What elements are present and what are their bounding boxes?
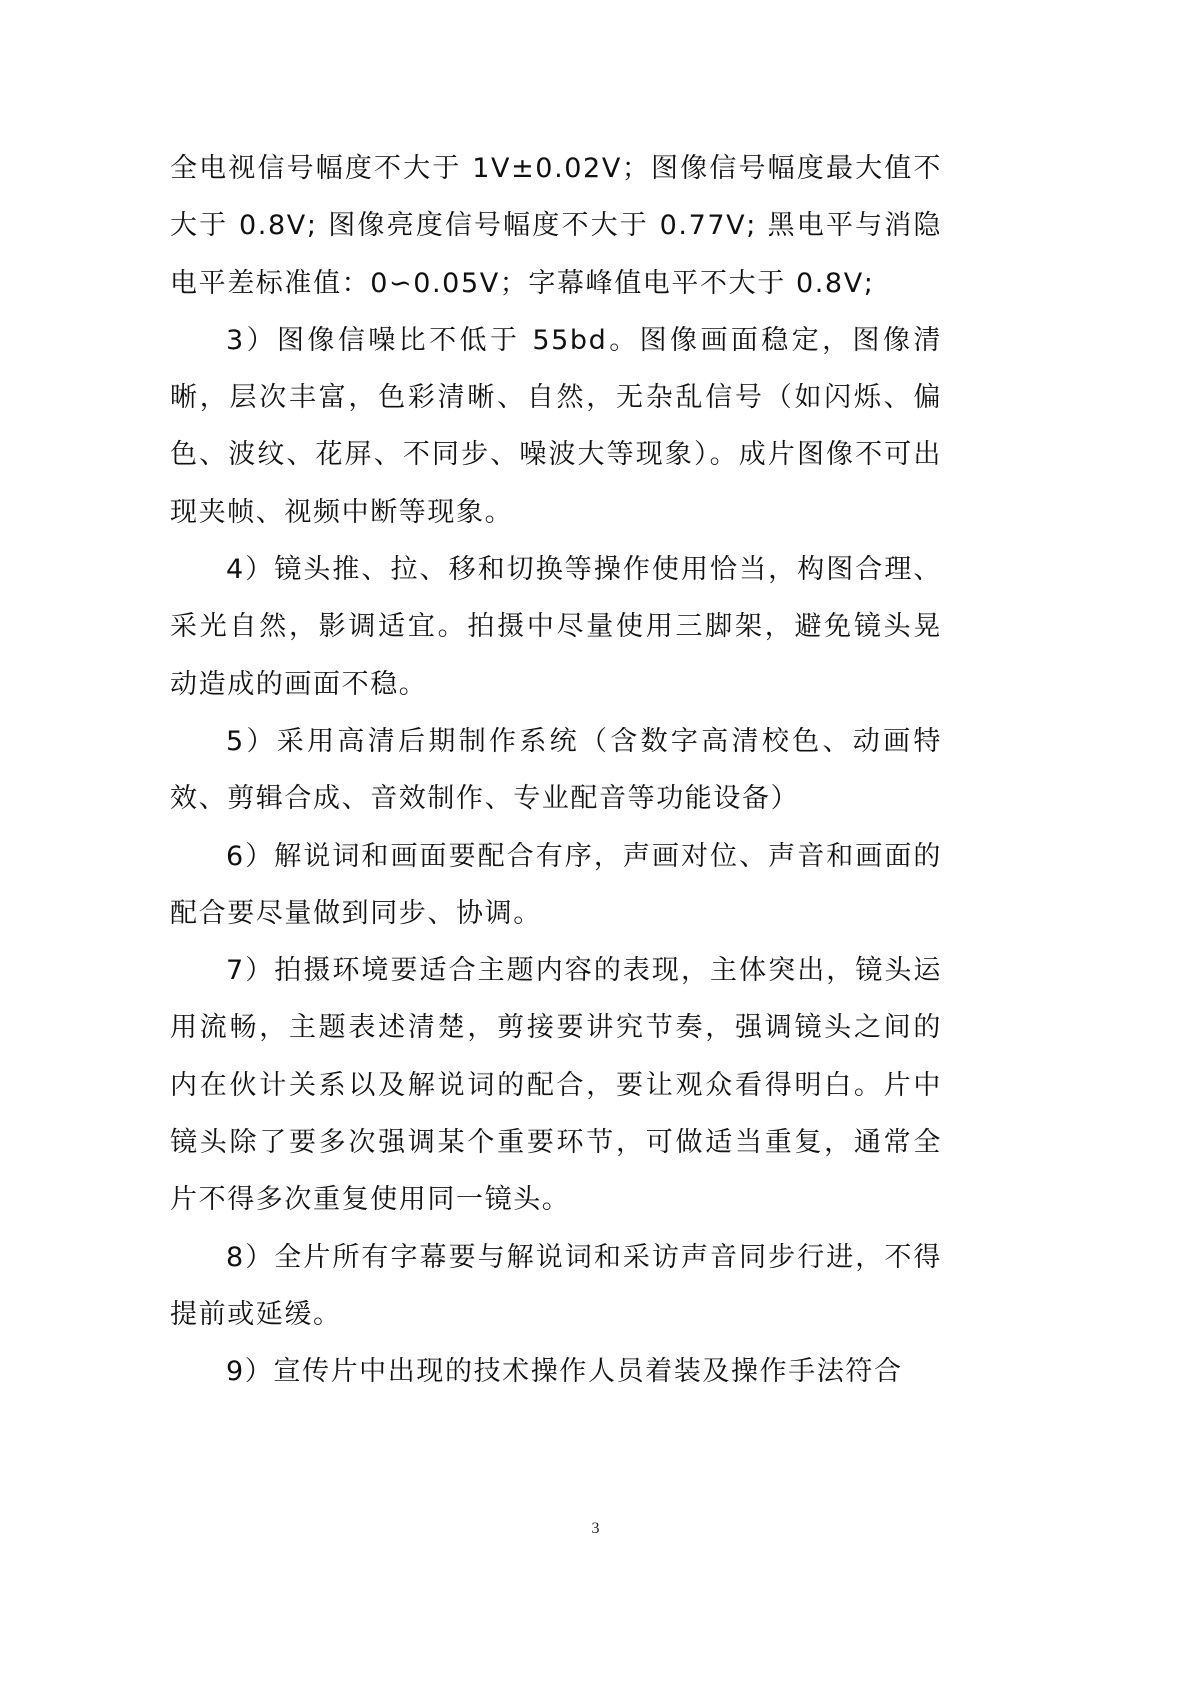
paragraph-item-8: 8）全片所有字幕要与解说词和采访声音同步行进，不得提前或延缓。 xyxy=(170,1229,942,1344)
paragraph-item-7: 7）拍摄环境要适合主题内容的表现，主体突出，镜头运用流畅，主题表述清楚，剪接要讲… xyxy=(170,942,942,1228)
paragraph-item-4: 4）镜头推、拉、移和切换等操作使用恰当，构图合理、采光自然，影调适宜。拍摄中尽量… xyxy=(170,541,942,713)
document-body: 全电视信号幅度不大于 1V±0.02V；图像信号幅度最大值不大于 0.8V; 图… xyxy=(170,140,942,1401)
paragraph-item-9: 9）宣传片中出现的技术操作人员着装及操作手法符合 xyxy=(170,1343,942,1400)
paragraph-item-5: 5）采用高清后期制作系统（含数字高清校色、动画特效、剪辑合成、音效制作、专业配音… xyxy=(170,713,942,828)
page-number: 3 xyxy=(0,1520,1191,1538)
paragraph-item-3: 3）图像信噪比不低于 55bd。图像画面稳定，图像清晰，层次丰富，色彩清晰、自然… xyxy=(170,312,942,541)
paragraph-item-6: 6）解说词和画面要配合有序，声画对位、声音和画面的配合要尽量做到同步、协调。 xyxy=(170,828,942,943)
paragraph-signal-levels: 全电视信号幅度不大于 1V±0.02V；图像信号幅度最大值不大于 0.8V; 图… xyxy=(170,140,942,312)
